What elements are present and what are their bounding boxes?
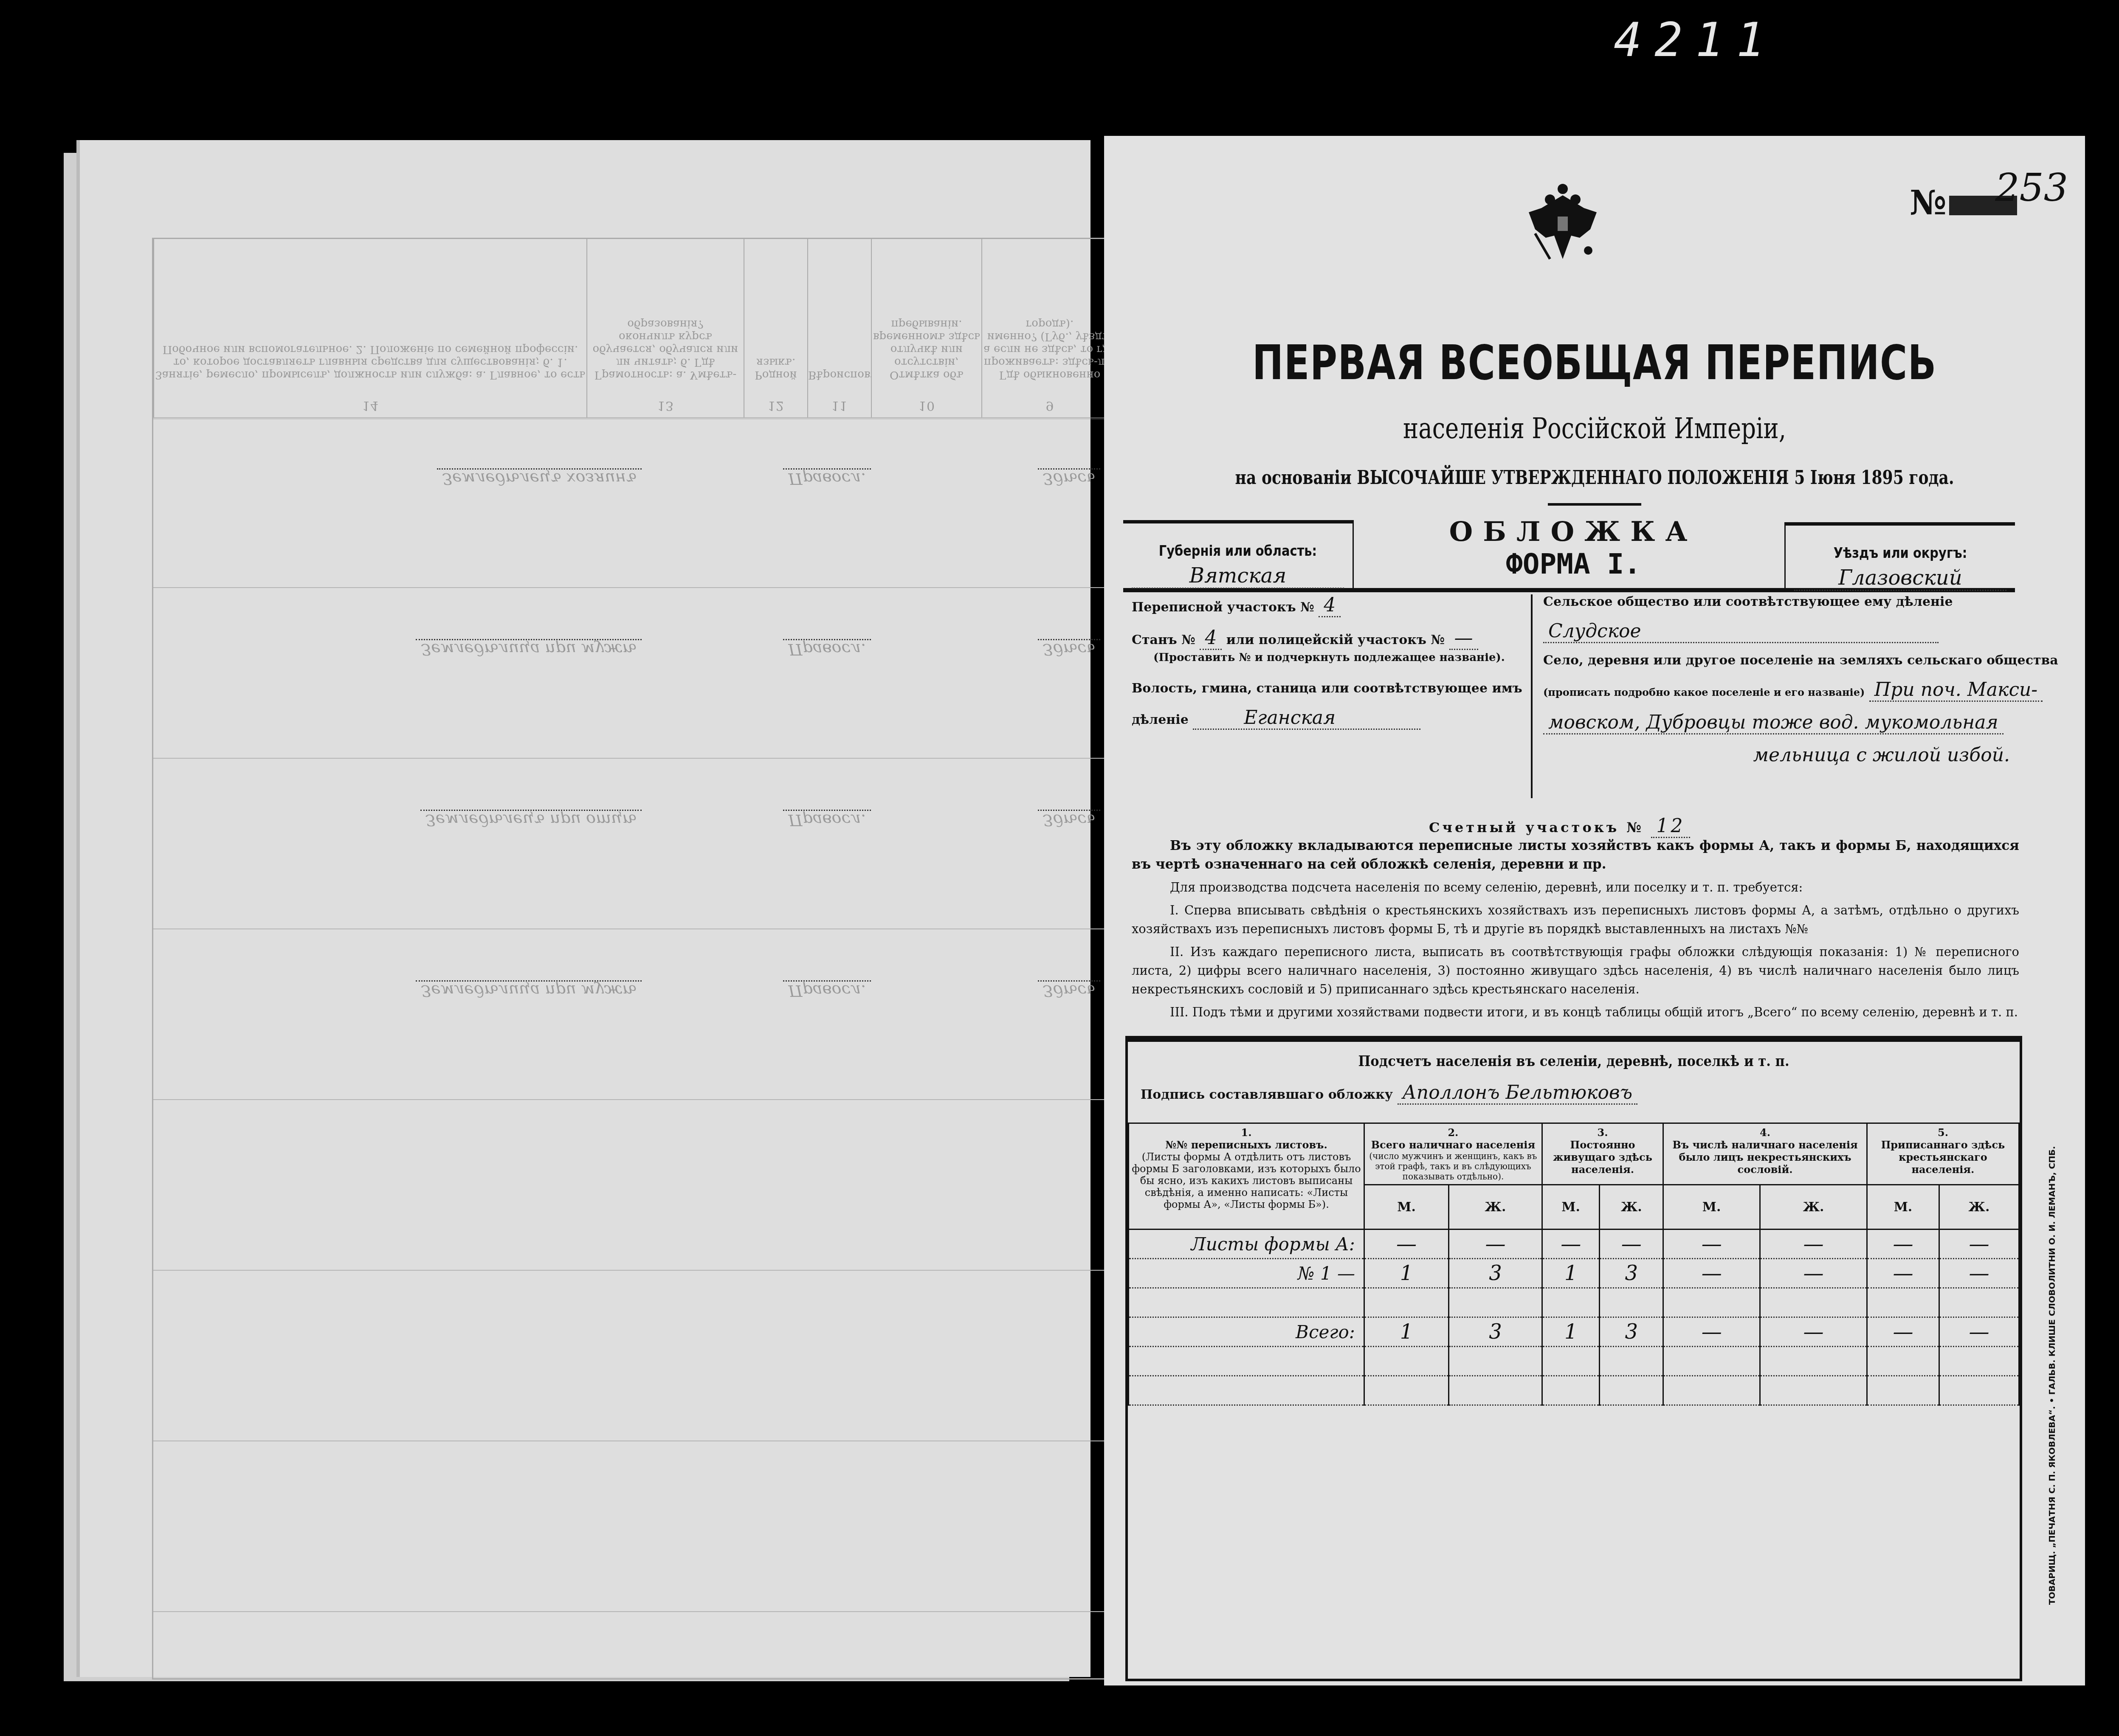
imperial-eagle-icon bbox=[1524, 183, 1601, 267]
cell: — bbox=[1939, 1317, 2019, 1347]
stan-value: 4 bbox=[1200, 627, 1222, 650]
left-table-row-empty bbox=[153, 1441, 1117, 1612]
col-header-4: 4.Въ числѣ наличнаго населенія было лицъ… bbox=[1663, 1123, 1867, 1185]
cell: — bbox=[1760, 1317, 1867, 1347]
cell: — bbox=[1364, 1230, 1449, 1259]
stan-note: (Проставить № и подчеркнуть подлежащее н… bbox=[1132, 651, 1527, 664]
instruction-3: III. Подъ тѣми и другими хозяйствами под… bbox=[1132, 1003, 2019, 1021]
left-page: 9Гдѣ обыкновенно проживаетъ: здѣсь-ли, а… bbox=[76, 140, 1090, 1677]
cell: — bbox=[1939, 1230, 2019, 1259]
left-cell: Правосл. bbox=[783, 980, 871, 1000]
table-row bbox=[1129, 1288, 2019, 1317]
volost-label: Волость, гмина, станица или соотвѣтствую… bbox=[1132, 681, 1527, 696]
cell bbox=[1364, 1376, 1449, 1405]
left-table-header: 9Гдѣ обыкновенно проживаетъ: здѣсь-ли, а… bbox=[153, 239, 1117, 419]
population-count-table: Подсчетъ населенія въ селеніи, деревнѣ, … bbox=[1125, 1036, 2022, 1681]
cell bbox=[1542, 1376, 1600, 1405]
header-boxes: Губернія или область: Вятская ОБЛОЖКА ФО… bbox=[1123, 516, 2015, 592]
census-district-field: Переписной участокъ № 4 bbox=[1132, 594, 1527, 616]
right-page: № 253 ПЕРВАЯ ВСЕОБЩАЯ ПЕРЕПИСЬ населенія… bbox=[1104, 136, 2085, 1685]
society-label: Сельское общество или соотвѣтствующее ем… bbox=[1543, 594, 2015, 609]
cell: 1 bbox=[1364, 1259, 1449, 1288]
cell bbox=[1449, 1376, 1542, 1405]
cell: — bbox=[1600, 1230, 1663, 1259]
fields-right: Сельское общество или соотвѣтствующее ем… bbox=[1531, 594, 2015, 798]
cell bbox=[1542, 1288, 1600, 1317]
row-label: № 1 — bbox=[1129, 1259, 1364, 1288]
location-fields: Переписной участокъ № 4 Станъ № 4 или по… bbox=[1123, 594, 2015, 832]
signature-field: Подпись составлявшаго обложку Аполлонъ Б… bbox=[1141, 1082, 2020, 1103]
cell bbox=[1663, 1376, 1760, 1405]
cell: — bbox=[1760, 1230, 1867, 1259]
cell: — bbox=[1663, 1259, 1760, 1288]
cell bbox=[1600, 1347, 1663, 1376]
settlement-value-3: мельница с жилой избой. bbox=[1748, 744, 2015, 766]
signature-value: Аполлонъ Бельтюковъ bbox=[1398, 1082, 1637, 1105]
form-title: ОБЛОЖКА bbox=[1361, 516, 1786, 548]
table-row: № 1 — 1313———— bbox=[1129, 1259, 2019, 1288]
cell: 3 bbox=[1449, 1317, 1542, 1347]
sex-f: Ж. bbox=[1600, 1185, 1663, 1230]
sex-m: М. bbox=[1663, 1185, 1760, 1230]
counting-district-value: 12 bbox=[1651, 815, 1690, 838]
instruction-intro: Въ эту обложку вкладываются переписные л… bbox=[1132, 836, 2019, 874]
cell: 1 bbox=[1542, 1259, 1600, 1288]
left-col-10: 10Отмѣтка объ отсутствіи, отлучкѣ или вр… bbox=[871, 239, 981, 417]
stan-field: Станъ № 4 или полицейскій участокъ № — bbox=[1132, 627, 1527, 649]
cell bbox=[1760, 1347, 1867, 1376]
left-col-12: 12Родной языкъ. bbox=[744, 239, 807, 417]
left-table-row: Здѣсь Правосл. Земледѣлецъ при отцѣ bbox=[153, 759, 1117, 929]
counting-district-label: Счетный участокъ № bbox=[1429, 819, 1644, 836]
police-label: или полицейскій участокъ № bbox=[1226, 633, 1445, 647]
guberniya-value: Вятская bbox=[1132, 564, 1344, 589]
left-table-row-empty bbox=[153, 1100, 1117, 1271]
cell bbox=[1939, 1347, 2019, 1376]
left-cell: Земледѣлица при мужѣ bbox=[416, 639, 642, 659]
cell: 1 bbox=[1364, 1317, 1449, 1347]
cell bbox=[1663, 1347, 1760, 1376]
cell bbox=[1449, 1288, 1542, 1317]
left-col-11: 11Вѣроисповѣданіе. bbox=[807, 239, 871, 417]
sex-m: М. bbox=[1364, 1185, 1449, 1230]
left-col-14: 14Занятіе, ремесло, промыселъ, должность… bbox=[153, 239, 586, 417]
left-table-rows: Здѣсь Правосл. Земледѣлецъ хозяинъ Здѣсь… bbox=[153, 417, 1117, 1612]
left-table-row: Здѣсь Правосл. Земледѣлица при мужѣ bbox=[153, 588, 1117, 759]
row-label: Листы формы А: bbox=[1129, 1230, 1364, 1259]
cell: — bbox=[1542, 1230, 1600, 1259]
stan-label: Станъ № bbox=[1132, 633, 1195, 647]
left-cell: Правосл. bbox=[783, 639, 871, 659]
volost-field: дѣленіе Еганская bbox=[1132, 707, 1527, 729]
left-col-13: 13Грамотность: а. Умѣетъ-ли читать; б. Г… bbox=[586, 239, 744, 417]
sex-f: Ж. bbox=[1939, 1185, 2019, 1230]
left-cell: Здѣсь bbox=[1038, 980, 1100, 1000]
cell bbox=[1364, 1288, 1449, 1317]
left-table-row-empty bbox=[153, 1271, 1117, 1441]
instructions: Въ эту обложку вкладываются переписные л… bbox=[1132, 836, 2019, 1026]
cell: — bbox=[1939, 1259, 2019, 1288]
society-field: Слудское bbox=[1543, 620, 2015, 642]
left-col-9: 9Гдѣ обыкновенно проживаетъ: здѣсь-ли, а… bbox=[981, 239, 1117, 417]
row-label bbox=[1129, 1376, 1364, 1405]
cell bbox=[1663, 1288, 1760, 1317]
col-header-2: 2.Всего наличнаго населенія(число мужчин… bbox=[1364, 1123, 1542, 1185]
cell bbox=[1867, 1376, 1939, 1405]
form-name: ФОРМА I. bbox=[1361, 548, 1786, 580]
uezd-box: Уѣздъ или округъ: Глазовский bbox=[1784, 522, 2015, 591]
cell: 1 bbox=[1542, 1317, 1600, 1347]
col-header-1: 1.№№ переписныхъ листовъ.(Листы формы А … bbox=[1129, 1123, 1364, 1230]
settlement-note: (прописать подробно какое поселеніе и ег… bbox=[1543, 686, 1865, 698]
cell: 3 bbox=[1600, 1317, 1663, 1347]
guberniya-label: Губернія или область: bbox=[1141, 543, 1336, 560]
sex-m: М. bbox=[1867, 1185, 1939, 1230]
sex-f: Ж. bbox=[1449, 1185, 1542, 1230]
sex-m: М. bbox=[1542, 1185, 1600, 1230]
row-label: Всего: bbox=[1129, 1317, 1364, 1347]
cell bbox=[1542, 1347, 1600, 1376]
col-header-5: 5.Приписаннаго здѣсь крестьянскаго насел… bbox=[1867, 1123, 2019, 1185]
count-table: 1.№№ переписныхъ листовъ.(Листы формы А … bbox=[1128, 1123, 2020, 1406]
cell bbox=[1600, 1288, 1663, 1317]
society-value: Слудское bbox=[1543, 620, 1939, 643]
settlement-label: Село, деревня или другое поселеніе на зе… bbox=[1543, 653, 2015, 668]
settlement-value-2: мовском, Дубровцы тоже вод. мукомольная bbox=[1543, 712, 2003, 734]
volost-value: Еганская bbox=[1193, 707, 1420, 730]
document-subtitle: населенія Россійской Имперіи, bbox=[1202, 412, 1987, 445]
printer-imprint-text: ТОВАРИЩ. „ПЕЧАТНЯ С. П. ЯКОВЛЕВА“. • ГАЛ… bbox=[2047, 1146, 2057, 1605]
cell bbox=[1600, 1376, 1663, 1405]
left-table-row: Здѣсь Правосл. Земледѣлецъ хозяинъ bbox=[153, 417, 1117, 588]
left-cell: Земледѣлецъ хозяинъ bbox=[437, 468, 642, 488]
fields-left: Переписной участокъ № 4 Станъ № 4 или по… bbox=[1132, 594, 1527, 740]
counting-district-field: Счетный участокъ № 12 bbox=[1429, 815, 1690, 837]
left-cell: Земледѣлецъ при отцѣ bbox=[420, 810, 642, 830]
decree-line: на основаніи ВЫСОЧАЙШЕ УТВЕРЖДЕННАГО ПОЛ… bbox=[1192, 467, 1997, 489]
cell bbox=[1867, 1347, 1939, 1376]
left-cell: Земледѣлица при мужѣ bbox=[416, 980, 642, 1000]
printer-imprint: ТОВАРИЩ. „ПЕЧАТНЯ С. П. ЯКОВЛЕВА“. • ГАЛ… bbox=[2047, 1180, 2064, 1605]
cell: — bbox=[1449, 1230, 1542, 1259]
cell: — bbox=[1867, 1230, 1939, 1259]
cell bbox=[1939, 1288, 2019, 1317]
archive-frame-number: 4211 bbox=[1614, 13, 1777, 67]
row-label bbox=[1129, 1347, 1364, 1376]
uezd-label: Уѣздъ или округъ: bbox=[1803, 545, 1998, 562]
table-row: Листы формы А: ———————— bbox=[1129, 1230, 2019, 1259]
census-district-value: 4 bbox=[1319, 594, 1341, 617]
signature-label: Подпись составлявшаго обложку bbox=[1141, 1087, 1393, 1102]
settlement-field-2: мовском, Дубровцы тоже вод. мукомольная bbox=[1543, 712, 2015, 733]
cell: — bbox=[1663, 1317, 1760, 1347]
left-cell: Здѣсь bbox=[1038, 810, 1100, 830]
uezd-value: Глазовский bbox=[1794, 566, 2006, 591]
cell: — bbox=[1663, 1230, 1760, 1259]
settlement-field-3: мельница с жилой избой. bbox=[1543, 744, 2015, 766]
left-cell: Правосл. bbox=[783, 468, 871, 488]
table-row-total: Всего: 1313———— bbox=[1129, 1317, 2019, 1347]
instruction-2: II. Изъ каждаго переписного листа, выпис… bbox=[1132, 943, 2019, 999]
cell: — bbox=[1867, 1317, 1939, 1347]
cell: — bbox=[1867, 1259, 1939, 1288]
cell bbox=[1364, 1347, 1449, 1376]
instruction-1: I. Сперва вписывать свѣдѣнія о крестьянс… bbox=[1132, 901, 2019, 938]
settlement-value-1: При поч. Макси- bbox=[1869, 679, 2043, 702]
cell bbox=[1760, 1376, 1867, 1405]
left-cell: Здѣсь bbox=[1038, 639, 1100, 659]
left-cell: Правосл. bbox=[783, 810, 871, 830]
page-number: 253 bbox=[1995, 166, 2068, 210]
divider bbox=[1548, 503, 1641, 506]
table-title: Подсчетъ населенія въ селеніи, деревнѣ, … bbox=[1172, 1053, 1975, 1070]
cell bbox=[1939, 1376, 2019, 1405]
police-value: — bbox=[1449, 627, 1478, 650]
census-district-label: Переписной участокъ № bbox=[1132, 600, 1314, 615]
cell bbox=[1760, 1288, 1867, 1317]
left-page-table: 9Гдѣ обыкновенно проживаетъ: здѣсь-ли, а… bbox=[152, 238, 1119, 1680]
col-header-3: 3.Постоянно живущаго здѣсь населенія. bbox=[1542, 1123, 1663, 1185]
row-label bbox=[1129, 1288, 1364, 1317]
table-row bbox=[1129, 1347, 2019, 1376]
cell bbox=[1449, 1347, 1542, 1376]
form-heading: ОБЛОЖКА ФОРМА I. bbox=[1361, 516, 1786, 580]
cell: 3 bbox=[1600, 1259, 1663, 1288]
document-title: ПЕРВАЯ ВСЕОБЩАЯ ПЕРЕПИСЬ bbox=[1212, 335, 1977, 391]
left-table-row: Здѣсь Правосл. Земледѣлица при мужѣ bbox=[153, 929, 1117, 1100]
cell: — bbox=[1760, 1259, 1867, 1288]
left-cell: Здѣсь bbox=[1038, 468, 1100, 488]
table-row bbox=[1129, 1376, 2019, 1405]
guberniya-box: Губернія или область: Вятская bbox=[1123, 520, 1354, 591]
cell: 3 bbox=[1449, 1259, 1542, 1288]
instruction-requirement: Для производства подсчета населенія по в… bbox=[1132, 878, 2019, 897]
cell bbox=[1867, 1288, 1939, 1317]
sex-f: Ж. bbox=[1760, 1185, 1867, 1230]
volost-label-2: дѣленіе bbox=[1132, 712, 1189, 727]
settlement-field: (прописать подробно какое поселеніе и ег… bbox=[1543, 679, 2015, 701]
